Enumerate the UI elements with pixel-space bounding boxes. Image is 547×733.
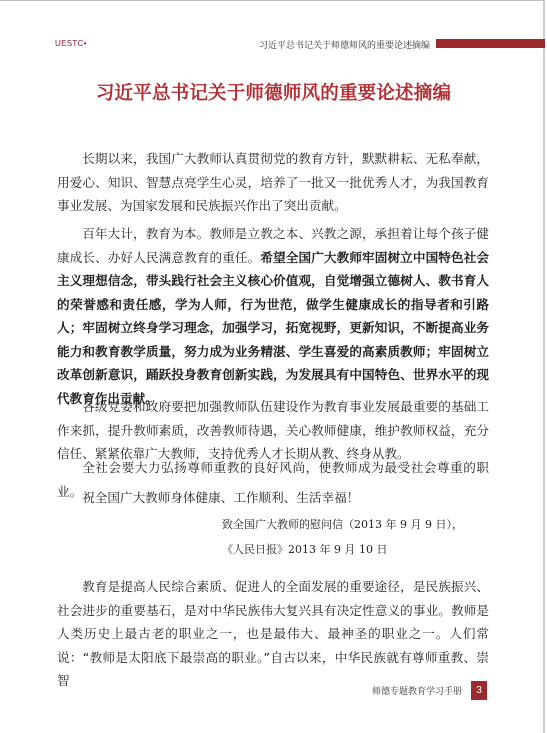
header-logo: UESTC•	[55, 39, 87, 48]
paragraph-5: 祝全国广大教师身体健康、工作顺利、生活幸福！	[57, 486, 489, 510]
paragraph-text: 长期以来，我国广大教师认真贯彻党的教育方针，默默耕耘、无私奉献，用爱心、知识、智…	[57, 147, 489, 218]
source-citation-line-2: 《人民日报》2013 年 9 月 10 日	[222, 541, 387, 557]
paragraph-text-emphasis: 希望全国广大教师牢固树立中国特色社会主义理想信念，带头践行社会主义核心价值观，自…	[57, 250, 489, 406]
paragraph-text: 教育是提高人民综合素质、促进人的全面发展的重要途径，是民族振兴、社会进步的重要基…	[57, 575, 489, 693]
page-number-badge: 3	[471, 681, 487, 700]
paragraph-text: 各级党委和政府要把加强教师队伍建设作为教育事业发展最重要的基础工作来抓，提升教师…	[57, 395, 489, 466]
footer-book-title: 师德专题教育学习手册	[372, 684, 462, 697]
document-page: UESTC• 习近平总书记关于师德师风的重要论述摘编 习近平总书记关于师德师风的…	[0, 0, 545, 733]
paragraph-6: 教育是提高人民综合素质、促进人的全面发展的重要途径，是民族振兴、社会进步的重要基…	[57, 575, 489, 693]
running-header-title: 习近平总书记关于师德师风的重要论述摘编	[259, 38, 430, 51]
paragraph-text: 祝全国广大教师身体健康、工作顺利、生活幸福！	[57, 486, 489, 510]
page-title: 习近平总书记关于师德师风的重要论述摘编	[0, 79, 547, 105]
header-accent-bar	[436, 39, 545, 48]
paragraph-2: 百年大计，教育为本。教师是立教之本、兴教之源，承担着让每个孩子健康成长、办好人民…	[57, 222, 489, 410]
paragraph-3: 各级党委和政府要把加强教师队伍建设作为教育事业发展最重要的基础工作来抓，提升教师…	[57, 395, 489, 466]
paragraph-1: 长期以来，我国广大教师认真贯彻党的教育方针，默默耕耘、无私奉献，用爱心、知识、智…	[57, 147, 489, 218]
source-citation-line-1: 致全国广大教师的慰问信（2013 年 9 月 9 日），	[222, 516, 463, 532]
